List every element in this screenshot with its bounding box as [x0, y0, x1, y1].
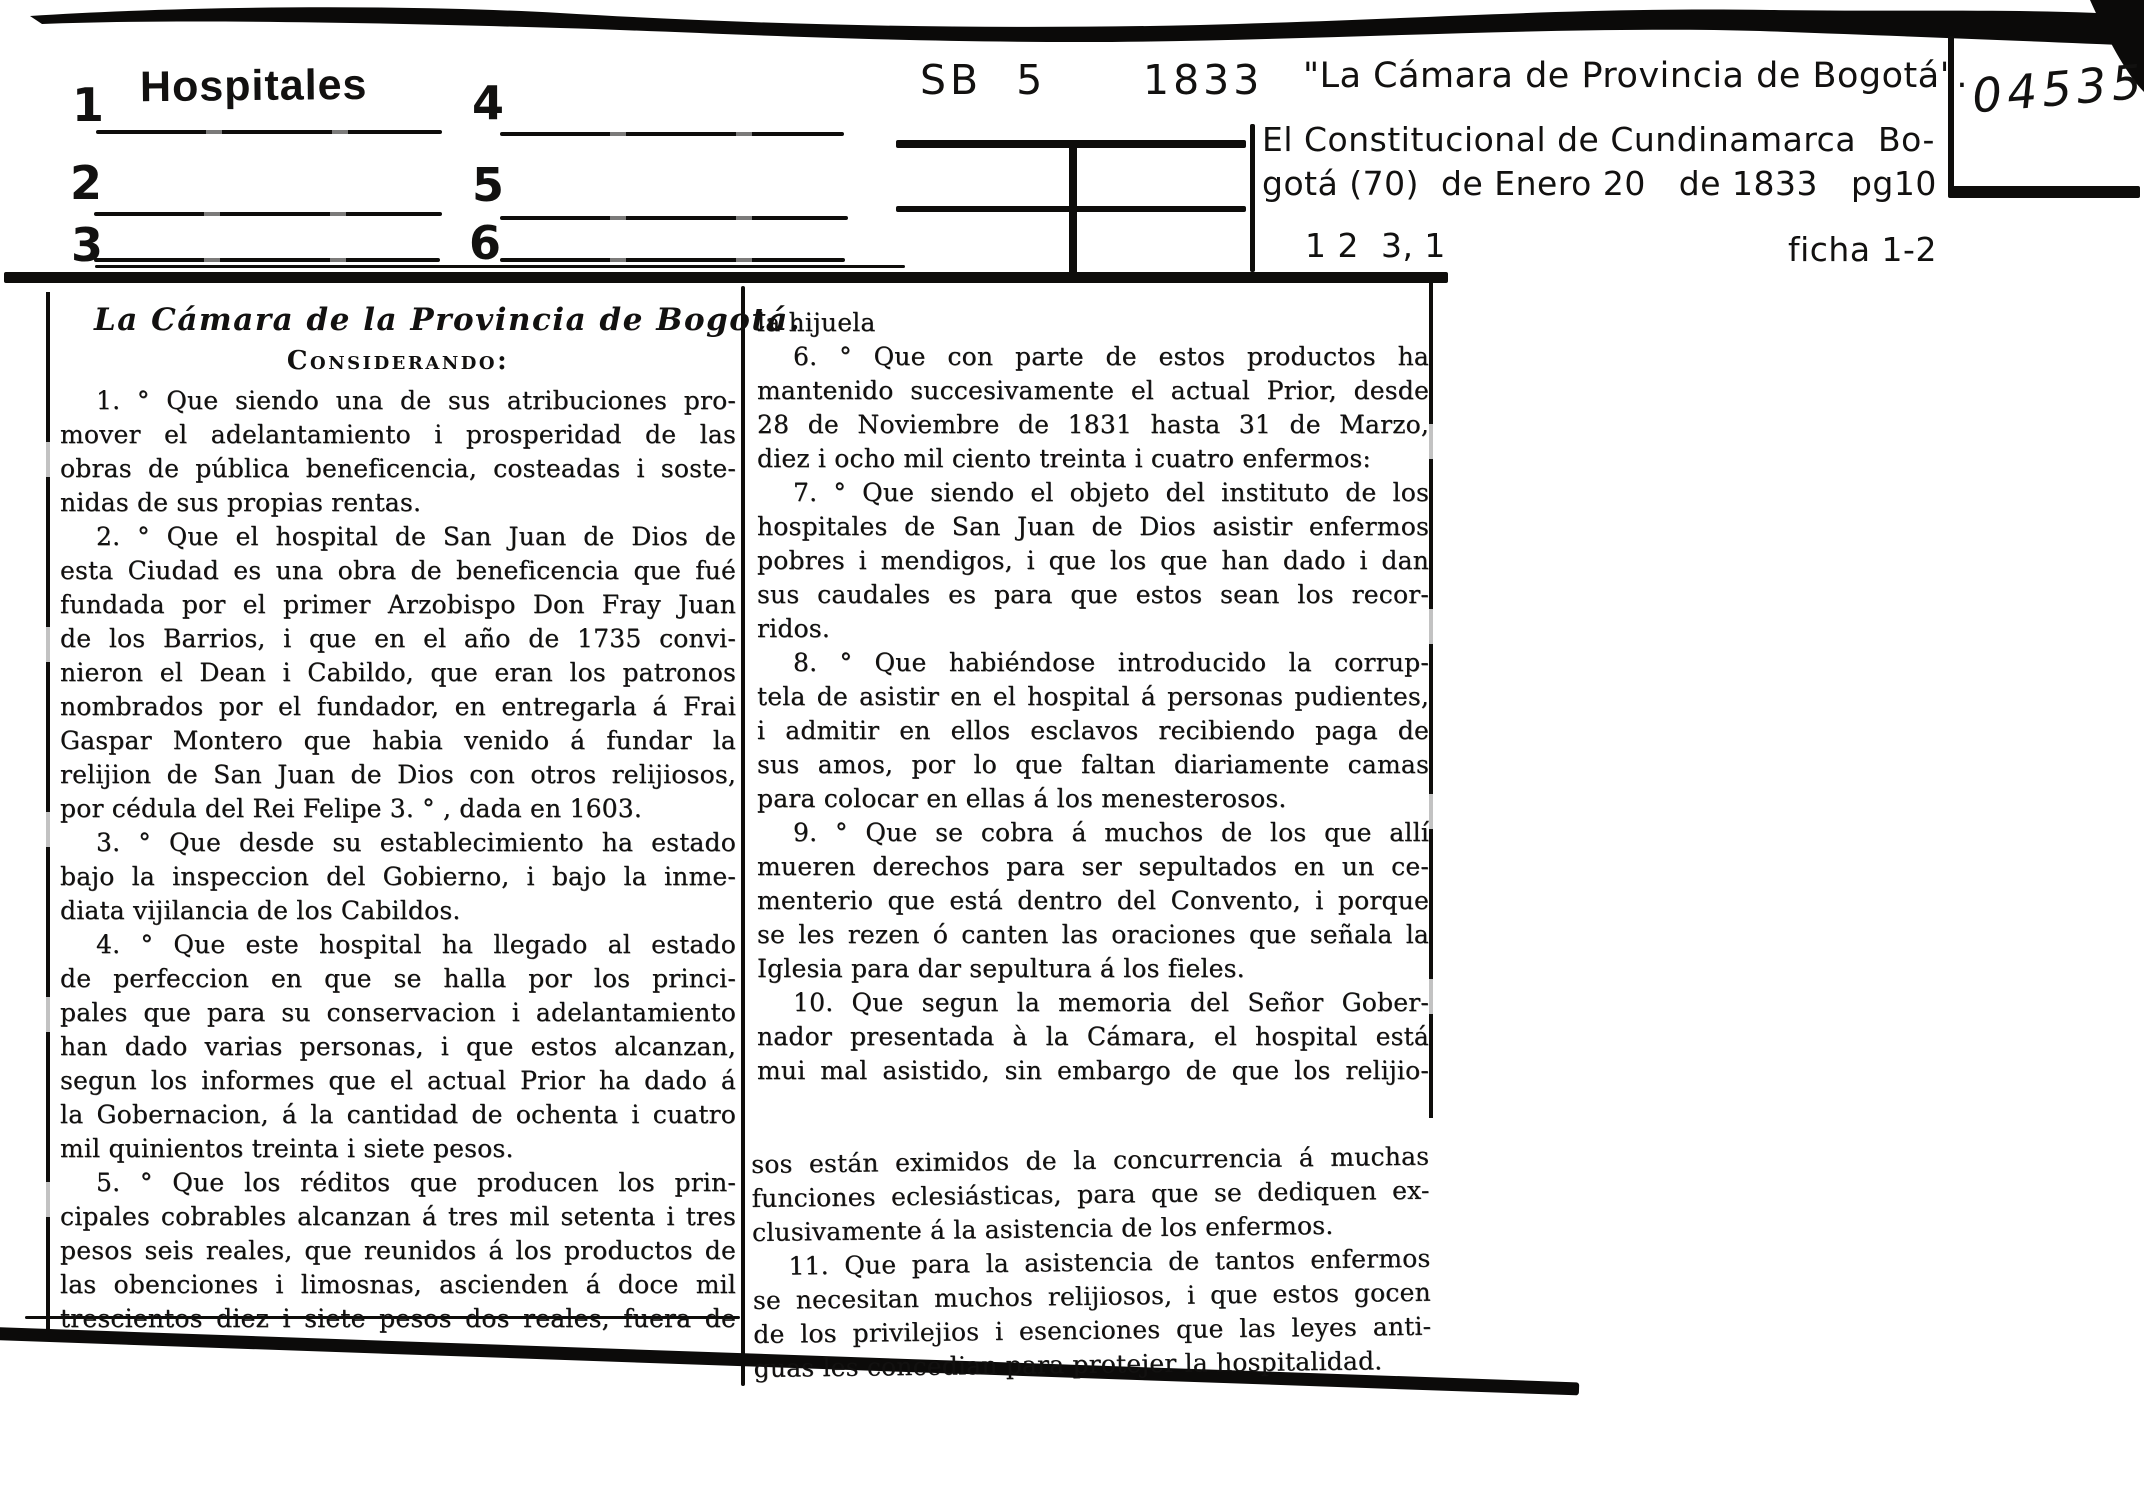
text-line: 6. ° Que con parte de estos productos ha	[757, 340, 1429, 374]
text-line: de perfeccion en que se halla por los pr…	[60, 962, 736, 996]
text-line: 8. ° Que habiéndose introducido la corru…	[757, 646, 1429, 680]
text-line: mover el adelantamiento i prosperidad de…	[60, 418, 736, 452]
text-line: se les rezen ó canten las oraciones que …	[757, 918, 1429, 952]
text-line: tela de asistir en el hospital á persona…	[757, 680, 1429, 714]
text-line: trescientos diez i siete pesos dos reale…	[60, 1302, 736, 1336]
text-line: las obenciones i limosnas, ascienden á d…	[60, 1268, 736, 1302]
form-field-6-underline	[500, 258, 845, 262]
text-line: cipales cobrables alcanzan á tres mil se…	[60, 1200, 736, 1234]
text-line: 1. ° Que siendo una de sus atribuciones …	[60, 384, 736, 418]
form-field-6-number: 6	[469, 216, 502, 270]
text-line: mantenido succesivamente el actual Prior…	[757, 374, 1429, 408]
text-line: pales que para su conservacion i adelant…	[60, 996, 736, 1030]
form-field-1-underline	[96, 130, 442, 134]
text-line: nombrados por el fundador, en entregarla…	[60, 690, 736, 724]
text-line: i admitir en ellos esclavos recibiendo p…	[757, 714, 1429, 748]
citation-source-line1: El Constitucional de Cundinamarca Bo-	[1262, 120, 1935, 159]
series-code: SB 5	[920, 56, 1046, 104]
text-line: para colocar en ellas á los menesterosos…	[757, 782, 1429, 816]
text-line: esta Ciudad es una obra de beneficencia …	[60, 554, 736, 588]
text-line: nador presentada à la Cámara, el hospita…	[757, 1020, 1429, 1054]
article-subtitle: Considerando:	[60, 346, 736, 384]
text-line: 9. ° Que se cobra á muchos de los que al…	[757, 816, 1429, 850]
text-line: 4. ° Que este hospital ha llegado al est…	[60, 928, 736, 962]
text-line: Gaspar Montero que habia venido á fundar…	[60, 724, 736, 758]
ficha-label: ficha 1-2	[1788, 230, 1937, 269]
text-line: sus amos, por lo que faltan diariamente …	[757, 748, 1429, 782]
text-line: mueren derechos para ser sepultados en u…	[757, 850, 1429, 884]
text-line: la Gobernacion, á la cantidad de ochenta…	[60, 1098, 736, 1132]
text-line: menterio que está dentro del Convento, i…	[757, 884, 1429, 918]
text-line: ridos.	[757, 612, 1429, 646]
text-line: segun los informes que el actual Prior h…	[60, 1064, 736, 1098]
text-line: 7. ° Que siendo el objeto del instituto …	[757, 476, 1429, 510]
clipping-left-border	[46, 292, 50, 1338]
center-box-vertical-line	[1069, 144, 1077, 276]
classification-code: 1 2 3, 1	[1305, 226, 1446, 265]
citation-title: "La Cámara de Provincia de Bogotá".	[1303, 56, 1968, 96]
scanned-index-card: 1 Hospitales 4 2 5 3 6 SB 5 1833 "La Cám…	[0, 0, 2144, 1492]
article-right-column-lower-strip: sos están eximidos de la concurrencia á …	[751, 1140, 1432, 1386]
text-line: 2. ° Que el hospital de San Juan de Dios…	[60, 520, 736, 554]
text-line: nieron el Dean i Cabildo, que eran los p…	[60, 656, 736, 690]
archive-box-left-border	[1948, 36, 1954, 194]
form-field-1-number: 1	[72, 78, 105, 132]
text-line: nidas de sus propias rentas.	[60, 486, 736, 520]
text-line: la hijuela	[757, 306, 1429, 340]
text-line: han dado varias personas, i que estos al…	[60, 1030, 736, 1064]
form-field-1-value: Hospitales	[140, 61, 368, 112]
text-line: diez i ocho mil ciento treinta i cuatro …	[757, 442, 1429, 476]
form-field-4-number: 4	[472, 76, 505, 130]
text-line: relijion de San Juan de Dios con otros r…	[60, 758, 736, 792]
text-line: bajo la inspeccion del Gobierno, i bajo …	[60, 860, 736, 894]
form-field-2-underline	[94, 212, 442, 216]
text-line: 3. ° Que desde su establecimiento ha est…	[60, 826, 736, 860]
form-field-4-underline	[500, 132, 844, 136]
text-line: mui mal asistido, sin embargo de que los…	[757, 1054, 1429, 1088]
form-field-3-number: 3	[71, 218, 104, 272]
year-label: 1833	[1143, 56, 1263, 104]
header-thin-rule	[95, 265, 905, 268]
text-line: diata vijilancia de los Cabildos.	[60, 894, 736, 928]
text-line: 10. Que segun la memoria del Señor Gober…	[757, 986, 1429, 1020]
form-field-5-number: 5	[472, 158, 505, 212]
text-line: mil quinientos treinta i siete pesos.	[60, 1132, 736, 1166]
article-left-column: La Cámara de la Provincia de Bogotá. Con…	[60, 302, 736, 1336]
article-title: La Cámara de la Provincia de Bogotá.	[60, 302, 736, 346]
text-line: de los Barrios, i que en el año de 1735 …	[60, 622, 736, 656]
text-line: por cédula del Rei Felipe 3. ° , dada en…	[60, 792, 736, 826]
article-right-column-upper: la hijuela6. ° Que con parte de estos pr…	[757, 306, 1429, 1088]
text-line: pesos seis reales, que reunidos á los pr…	[60, 1234, 736, 1268]
right-column-text-lower: sos están eximidos de la concurrencia á …	[751, 1140, 1432, 1386]
left-column-text: 1. ° Que siendo una de sus atribuciones …	[60, 384, 736, 1336]
text-line: 28 de Noviembre de 1831 hasta 31 de Marz…	[757, 408, 1429, 442]
text-line: pobres i mendigos, i que los que han dad…	[757, 544, 1429, 578]
text-line: fundada por el primer Arzobispo Don Fray…	[60, 588, 736, 622]
form-field-3-underline	[94, 258, 440, 262]
archive-box-bottom-border	[1948, 186, 2140, 198]
text-line: hospitales de San Juan de Dios asistir e…	[757, 510, 1429, 544]
text-line: obras de pública beneficencia, costeadas…	[60, 452, 736, 486]
citation-divider-line	[1250, 124, 1255, 272]
text-line: 5. ° Que los réditos que producen los pr…	[60, 1166, 736, 1200]
citation-source-line2: gotá (70) de Enero 20 de 1833 pg10	[1262, 164, 1937, 203]
form-field-2-number: 2	[70, 156, 103, 210]
text-line: Iglesia para dar sepultura á los fieles.	[757, 952, 1429, 986]
clipping-right-border	[1429, 274, 1433, 1118]
right-column-text-upper: la hijuela6. ° Que con parte de estos pr…	[757, 306, 1429, 1088]
header-thick-rule	[4, 272, 1448, 283]
column-divider-line	[741, 286, 745, 1386]
form-field-5-underline	[500, 216, 848, 220]
text-line: sus caudales es para que estos sean los …	[757, 578, 1429, 612]
